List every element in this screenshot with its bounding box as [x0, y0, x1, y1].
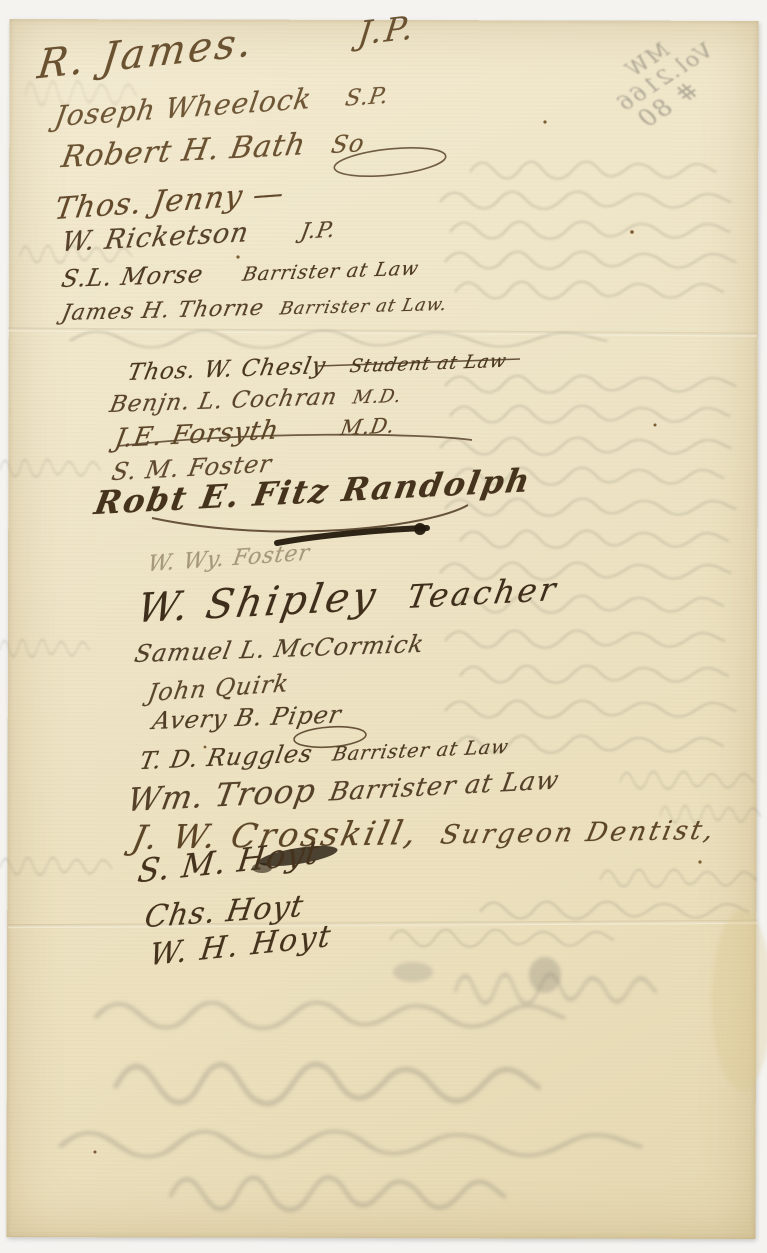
signatory-name: S.L. Morse [59, 260, 206, 293]
signatory-title: S.P. [344, 82, 391, 111]
signatory-title: M.D. [339, 413, 398, 440]
signatory-title: Student at Law [348, 351, 509, 378]
signatory-title: Barrister at Law [241, 256, 421, 285]
document-scan: MW Vol.2166 # 80 R. James.J.P. Joseph Wh… [0, 0, 767, 1253]
signatory-title: M.D. [351, 386, 404, 409]
signatory-title: Teacher [405, 570, 562, 616]
signatory-title: Surgeon Dentist, [437, 815, 718, 851]
signatory-title: So [329, 129, 367, 159]
signatory-title: Barrister at Law. [278, 295, 449, 319]
signatory-title: J.P. [356, 8, 418, 53]
signatory-title: J.P. [299, 218, 338, 245]
